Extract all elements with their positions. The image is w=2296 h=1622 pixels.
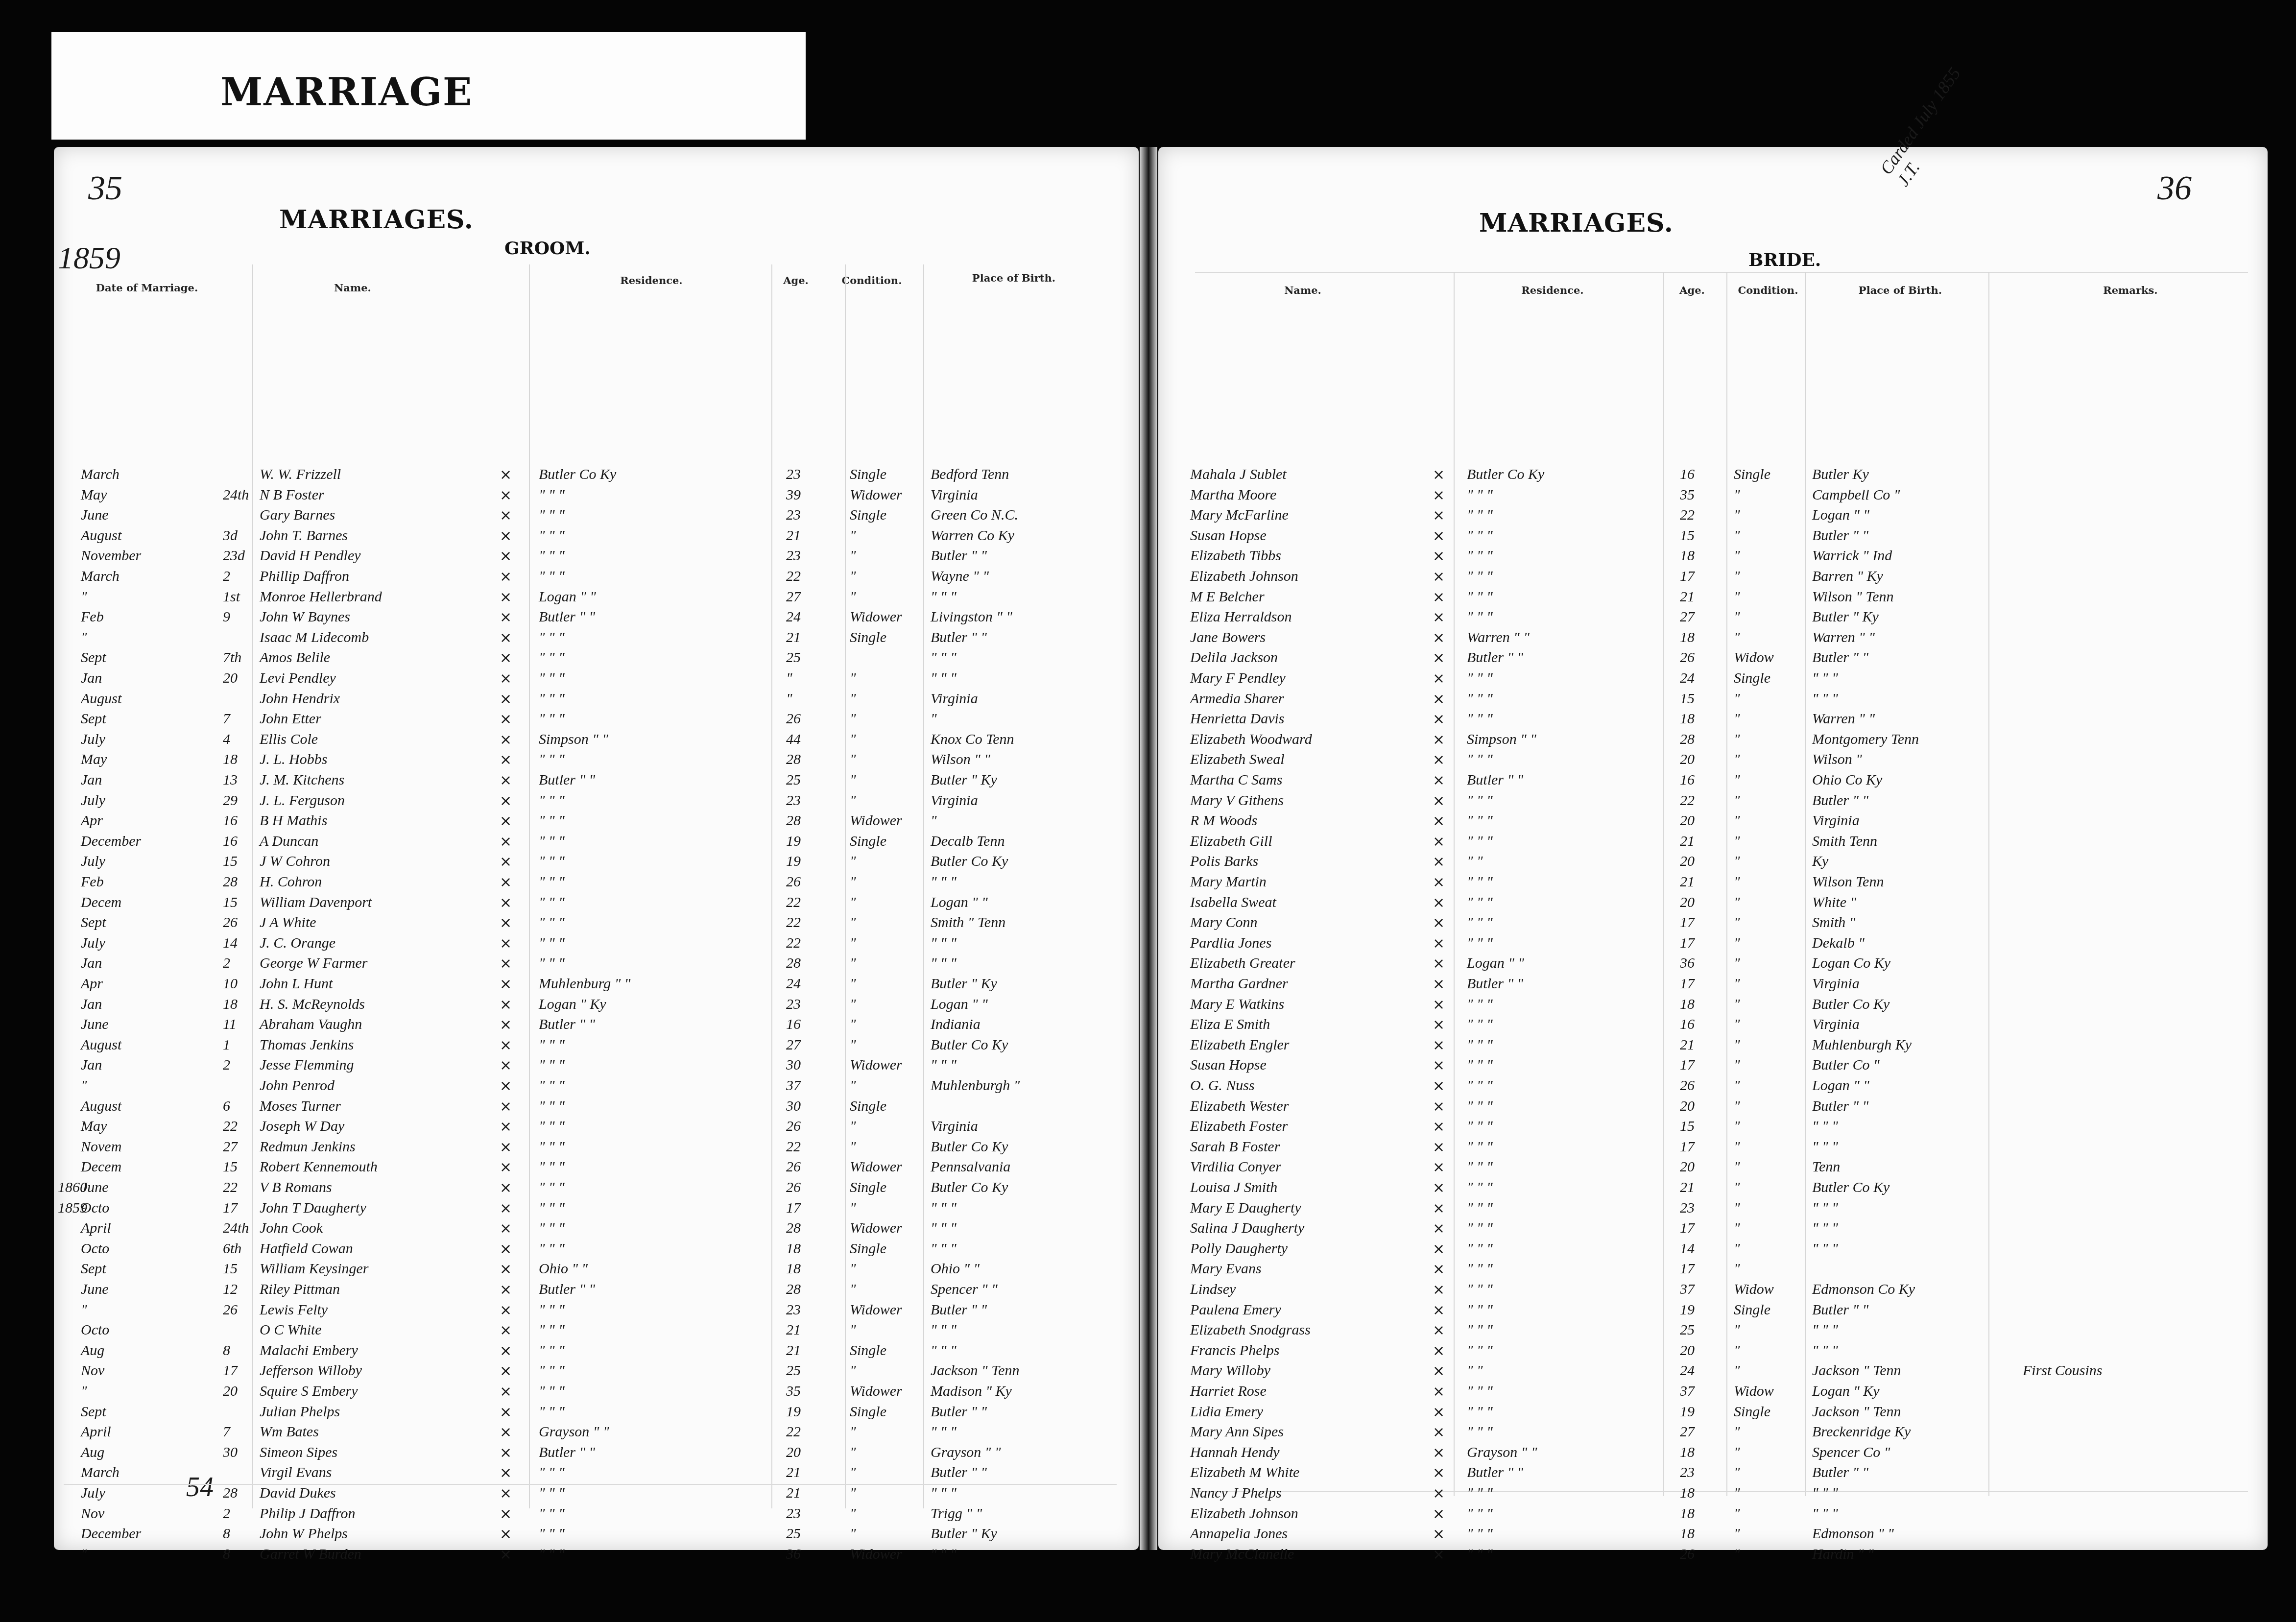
bride-name: Lidia Emery [1190,1404,1263,1420]
bride-mark: × [1433,609,1445,626]
bride-mark: × [1433,853,1445,870]
bride-name: Louisa J Smith [1190,1179,1277,1196]
bride-age: 18 [1680,629,1695,646]
bride-mark: × [1433,1362,1445,1380]
bride-age: 20 [1680,853,1695,870]
bride-condition: " [1734,589,1740,605]
bride-condition: " [1734,1077,1740,1094]
bride-row: Elizabeth Greater×Logan " "36"Logan Co K… [0,954,2296,974]
bride-row: Mary Conn×" " "17"Smith " [0,913,2296,933]
bride-age: 20 [1680,812,1695,829]
bride-row: Susan Hopse×" " "17"Butler Co " [0,1056,2296,1076]
bride-mark: × [1433,691,1445,708]
bride-residence: " " " [1467,1281,1493,1298]
bride-name: Armedia Sharer [1190,691,1284,707]
bride-condition: " [1734,1159,1740,1175]
bride-birthplace: Warren " " [1812,711,1875,727]
bride-birthplace: Ohio Co Ky [1812,772,1882,788]
bride-condition: " [1734,1200,1740,1216]
bride-age: 27 [1680,609,1695,625]
bride-name: Francis Phelps [1190,1342,1279,1359]
bride-row: Eliza Herraldson×" " "27"Butler " Ky [0,608,2296,628]
bride-name: Elizabeth Wester [1190,1098,1289,1115]
bride-birthplace: Butler " " [1812,527,1868,544]
bride-age: 15 [1680,1118,1695,1135]
bride-residence: Butler Co Ky [1467,466,1544,483]
bride-residence: " " " [1467,1220,1493,1237]
bride-row: Annapelia Jones×" " "18"Edmonson " " [0,1525,2296,1545]
bride-row: Mary McFarline×" " "22"Logan " " [0,506,2296,526]
bride-condition: " [1734,1016,1740,1033]
bride-residence: Simpson " " [1467,731,1536,748]
bride-row: Mary McClanelle×" " "26"Hardin " " [0,1545,2296,1565]
bride-row: R M Woods×" " "20"Virginia [0,811,2296,832]
bride-age: 21 [1680,833,1695,850]
bride-birthplace: Smith Tenn [1812,833,1877,850]
bride-condition: " [1734,792,1740,809]
bride-mark: × [1433,894,1445,911]
bride-residence: " " " [1467,1077,1493,1094]
collection-label-text: MARRIAGE [220,70,473,115]
bride-condition: " [1734,1322,1740,1338]
bride-birthplace: " " " [1812,1322,1838,1338]
left-folio-number: 35 [88,169,122,208]
bride-birthplace: Butler Co Ky [1812,996,1889,1013]
bride-age: 18 [1680,1485,1695,1502]
left-page-title: MARRIAGES. [279,205,474,235]
bride-name: Mary Willoby [1190,1362,1270,1379]
bride-condition: " [1734,874,1740,890]
bride-condition: " [1734,731,1740,748]
bride-residence: Logan " " [1467,955,1524,972]
bride-name: Martha Moore [1190,487,1276,503]
bride-name: Elizabeth Woodward [1190,731,1312,748]
bride-residence: Butler " " [1467,649,1523,666]
bride-mark: × [1433,1016,1445,1033]
col-bride-age: Age. [1663,284,1722,296]
bride-residence: " " " [1467,1505,1493,1522]
bride-condition: Widow [1734,1281,1774,1298]
bride-condition: Single [1734,1302,1770,1318]
bride-row: Isabella Sweat×" " "20"White " [0,893,2296,913]
bride-row: Eliza E Smith×" " "16"Virginia [0,1015,2296,1035]
bride-age: 23 [1680,1200,1695,1216]
bride-mark: × [1433,976,1445,993]
col-bride-name: Name. [1224,284,1381,296]
col-remarks: Remarks. [2057,284,2204,296]
bride-name: Polly Daugherty [1190,1240,1288,1257]
bride-row: M E Belcher×" " "21"Wilson " Tenn [0,588,2296,608]
bride-birthplace: Logan " Ky [1812,1383,1880,1400]
bride-mark: × [1433,792,1445,810]
bride-name: Mary McClanelle [1190,1546,1294,1563]
right-page-title: MARRIAGES. [1479,208,1674,238]
bride-condition: " [1734,1485,1740,1502]
bride-row: Jane Bowers×Warren " "18"Warren " " [0,628,2296,648]
bride-mark: × [1433,955,1445,972]
bride-residence: " " [1467,853,1483,870]
bride-residence: " " " [1467,792,1493,809]
bride-age: 18 [1680,711,1695,727]
bride-mark: × [1433,1404,1445,1421]
bride-name: R M Woods [1190,812,1257,829]
bride-condition: " [1734,1179,1740,1196]
bride-mark: × [1433,548,1445,565]
bride-name: Elizabeth Snodgrass [1190,1322,1311,1338]
bride-row: Mary Willoby×" "24"Jackson " TennFirst C… [0,1361,2296,1382]
bride-age: 16 [1680,1016,1695,1033]
bride-row: Elizabeth Johnson×" " "17"Barren " Ky [0,567,2296,587]
bride-section-heading: BRIDE. [1748,250,1821,270]
bride-age: 21 [1680,589,1695,605]
bride-mark: × [1433,1220,1445,1237]
bride-residence: " " " [1467,1485,1493,1502]
bride-condition: " [1734,955,1740,972]
bride-row: Martha C Sams×Butler " "16"Ohio Co Ky [0,771,2296,791]
bride-mark: × [1433,629,1445,646]
bride-name: Elizabeth M White [1190,1464,1299,1481]
bride-age: 17 [1680,1057,1695,1073]
bride-mark: × [1433,1342,1445,1360]
bride-age: 37 [1680,1383,1695,1400]
bride-name: Mary E Watkins [1190,996,1284,1013]
bride-row: Martha Gardner×Butler " "17"Virginia [0,975,2296,995]
bride-row: Mary E Daugherty×" " "23"" " " [0,1199,2296,1219]
bride-name: Elizabeth Sweal [1190,751,1284,768]
bride-name: Hannah Hendy [1190,1444,1279,1461]
bride-mark: × [1433,1322,1445,1339]
bride-birthplace: Logan " " [1812,507,1869,524]
bride-row: Harriet Rose×" " "37WidowLogan " Ky [0,1382,2296,1402]
bride-residence: " " " [1467,914,1493,931]
bride-row: Delila Jackson×Butler " "26WidowButler "… [0,648,2296,668]
bride-mark: × [1433,1281,1445,1298]
bride-condition: " [1734,751,1740,768]
bride-condition: " [1734,609,1740,625]
bride-name: Mahala J Sublet [1190,466,1287,483]
bride-mark: × [1433,1159,1445,1176]
bride-birthplace: Hardin " " [1812,1546,1874,1563]
bride-mark: × [1433,1077,1445,1095]
bride-row: Virdilia Conyer×" " "20"Tenn [0,1158,2296,1178]
bride-row: Hannah Hendy×Grayson " "18"Spencer Co " [0,1443,2296,1463]
bride-row: Mary V Githens×" " "22"Butler " " [0,791,2296,811]
bride-birthplace: Butler " " [1812,1302,1868,1318]
bride-row: Sarah B Foster×" " "17"" " " [0,1138,2296,1158]
bride-name: Susan Hopse [1190,1057,1267,1073]
bride-mark: × [1433,1057,1445,1074]
bride-condition: " [1734,935,1740,952]
bride-birthplace: Montgomery Tenn [1812,731,1919,748]
bride-mark: × [1433,772,1445,789]
bride-condition: " [1734,487,1740,503]
bride-name: Polis Barks [1190,853,1258,870]
bride-name: Virdilia Conyer [1190,1159,1281,1175]
bride-residence: " " " [1467,691,1493,707]
bride-row: Lindsey×" " "37WidowEdmonson Co Ky [0,1280,2296,1300]
bride-age: 27 [1680,1424,1695,1440]
bride-name: Martha Gardner [1190,976,1288,992]
bride-name: Sarah B Foster [1190,1139,1280,1155]
bride-condition: " [1734,568,1740,585]
bride-condition: " [1734,853,1740,870]
bride-condition: " [1734,976,1740,992]
bride-residence: " " " [1467,1057,1493,1073]
bride-residence: " " " [1467,894,1493,911]
bride-remarks: First Cousins [2023,1362,2103,1379]
bride-mark: × [1433,1240,1445,1258]
bride-row: Polis Barks×" "20"Ky [0,852,2296,872]
bride-row: Elizabeth Sweal×" " "20"Wilson " [0,750,2296,770]
bride-birthplace: Barren " Ky [1812,568,1883,585]
bride-age: 24 [1680,670,1695,687]
bride-mark: × [1433,589,1445,606]
bride-birthplace: Butler " " [1812,792,1868,809]
bride-mark: × [1433,1139,1445,1156]
bride-residence: " " " [1467,1200,1493,1216]
bride-age: 17 [1680,1261,1695,1277]
bride-row: Louisa J Smith×" " "21"Butler Co Ky [0,1178,2296,1198]
bride-name: Nancy J Phelps [1190,1485,1282,1502]
bride-name: Susan Hopse [1190,527,1267,544]
bride-row: Susan Hopse×" " "15"Butler " " [0,526,2296,547]
bride-row: Polly Daugherty×" " "14"" " " [0,1240,2296,1260]
bride-residence: " " " [1467,1098,1493,1115]
bride-residence: " " " [1467,812,1493,829]
bride-birthplace: Edmonson Co Ky [1812,1281,1915,1298]
bride-residence: " " " [1467,1302,1493,1318]
bride-birthplace: Butler Ky [1812,466,1869,483]
bride-condition: " [1734,1362,1740,1379]
bride-residence: " " " [1467,548,1493,564]
bride-mark: × [1433,812,1445,830]
bride-name: Eliza E Smith [1190,1016,1270,1033]
bride-row: Elizabeth Wester×" " "20"Butler " " [0,1097,2296,1117]
bride-birthplace: " " " [1812,1200,1838,1216]
bride-age: 17 [1680,568,1695,585]
bride-birthplace: Muhlenburgh Ky [1812,1037,1912,1053]
bride-name: Mary McFarline [1190,507,1289,524]
bride-row: Elizabeth Snodgrass×" " "25"" " " [0,1321,2296,1341]
bride-residence: " " " [1467,751,1493,768]
bride-residence: " " " [1467,711,1493,727]
bride-birthplace: Smith " [1812,914,1855,931]
bride-mark: × [1433,1261,1445,1278]
bride-age: 18 [1680,548,1695,564]
bride-birthplace: Butler " " [1812,649,1868,666]
bride-mark: × [1433,487,1445,504]
header-rule [1195,272,2248,273]
bride-row: Francis Phelps×" " "20"" " " [0,1341,2296,1361]
col-groom-place-of-birth: Place of Birth. [921,272,1107,284]
bride-condition: " [1734,1546,1740,1563]
bride-condition: Single [1734,1404,1770,1420]
bride-name: Mary Martin [1190,874,1267,890]
bride-row: Elizabeth M White×Butler " "23"Butler " … [0,1463,2296,1483]
bride-row: Elizabeth Foster×" " "15"" " " [0,1117,2296,1137]
bride-residence: " " " [1467,1342,1493,1359]
bride-mark: × [1433,833,1445,850]
bride-row: Mary Evans×" " "17" [0,1260,2296,1280]
bride-name: Isabella Sweat [1190,894,1276,911]
bride-birthplace: Wilson Tenn [1812,874,1884,890]
bride-row: O. G. Nuss×" " "26"Logan " " [0,1076,2296,1097]
bride-row: Elizabeth Tibbs×" " "18"Warrick " Ind [0,547,2296,567]
bride-row: Henrietta Davis×" " "18"Warren " " [0,710,2296,730]
bride-name: Elizabeth Gill [1190,833,1272,850]
bride-mark: × [1433,751,1445,768]
bride-age: 23 [1680,1464,1695,1481]
col-bride-condition: Condition. [1729,284,1807,296]
bride-mark: × [1433,1200,1445,1217]
groom-section-heading: GROOM. [504,238,591,259]
bride-condition: " [1734,1464,1740,1481]
bride-residence: " " " [1467,1546,1493,1563]
bride-residence: Butler " " [1467,976,1523,992]
bride-row: Elizabeth Johnson×" " "18"" " " [0,1504,2296,1525]
collection-label: MARRIAGE [51,32,806,140]
bride-birthplace: Campbell Co " [1812,487,1900,503]
bride-condition: " [1734,772,1740,788]
bride-mark: × [1433,1037,1445,1054]
bride-age: 28 [1680,731,1695,748]
bride-residence: " " " [1467,1159,1493,1175]
bride-mark: × [1433,1098,1445,1115]
bride-birthplace: Virginia [1812,1016,1860,1033]
bride-name: Mary V Githens [1190,792,1284,809]
bride-birthplace: Edmonson " " [1812,1526,1894,1542]
bride-age: 17 [1680,935,1695,952]
bride-residence: " " " [1467,1139,1493,1155]
bride-age: 21 [1680,874,1695,890]
bride-row: Pardlia Jones×" " "17"Dekalb " [0,934,2296,954]
bride-birthplace: Dekalb " [1812,935,1865,952]
bride-mark: × [1433,1464,1445,1481]
bride-mark: × [1433,935,1445,952]
bride-mark: × [1433,527,1445,545]
bride-name: Elizabeth Johnson [1190,1505,1298,1522]
bride-mark: × [1433,1444,1445,1461]
bride-mark: × [1433,1302,1445,1319]
bride-condition: " [1734,1118,1740,1135]
bride-birthplace: Virginia [1812,812,1860,829]
bride-age: 26 [1680,1546,1695,1563]
bride-name: Mary Ann Sipes [1190,1424,1284,1440]
bride-age: 17 [1680,976,1695,992]
bride-mark: × [1433,466,1445,483]
bride-name: Lindsey [1190,1281,1236,1298]
bride-birthplace: Tenn [1812,1159,1840,1175]
bride-condition: Single [1734,466,1770,483]
bride-birthplace: " " " [1812,670,1838,687]
col-groom-condition: Condition. [833,274,911,286]
bride-residence: " " " [1467,935,1493,952]
bride-row: Mary E Watkins×" " "18"Butler Co Ky [0,995,2296,1015]
bride-name: Delila Jackson [1190,649,1278,666]
bride-condition: " [1734,629,1740,646]
bride-mark: × [1433,1383,1445,1400]
bride-age: 18 [1680,1444,1695,1461]
bride-birthplace: Wilson " [1812,751,1862,768]
bride-row: Elizabeth Engler×" " "21"Muhlenburgh Ky [0,1036,2296,1056]
bride-birthplace: Wilson " Tenn [1812,589,1894,605]
bride-birthplace: Breckenridge Ky [1812,1424,1911,1440]
bride-condition: " [1734,1424,1740,1440]
bride-birthplace: Warrick " Ind [1812,548,1892,564]
bride-age: 20 [1680,751,1695,768]
bride-residence: Grayson " " [1467,1444,1537,1461]
bride-residence: " " " [1467,609,1493,625]
bride-residence: " " " [1467,1322,1493,1338]
bride-condition: " [1734,548,1740,564]
bride-age: 36 [1680,955,1695,972]
bride-age: 19 [1680,1302,1695,1318]
bride-birthplace: Butler Co " [1812,1057,1880,1073]
bride-name: Annapelia Jones [1190,1526,1288,1542]
bride-age: 20 [1680,1342,1695,1359]
bride-residence: " " " [1467,1179,1493,1196]
bride-age: 20 [1680,894,1695,911]
bride-condition: " [1734,711,1740,727]
bride-name: Elizabeth Engler [1190,1037,1289,1053]
bride-row: Nancy J Phelps×" " "18"" " " [0,1484,2296,1504]
bride-condition: " [1734,1240,1740,1257]
bride-mark: × [1433,731,1445,748]
bride-age: 16 [1680,772,1695,788]
bride-age: 18 [1680,996,1695,1013]
bride-mark: × [1433,1118,1445,1135]
bride-age: 15 [1680,527,1695,544]
bride-residence: " " " [1467,874,1493,890]
bride-birthplace: Virginia [1812,976,1860,992]
bride-birthplace: Logan " " [1812,1077,1869,1094]
bride-age: 17 [1680,1220,1695,1237]
bride-age: 25 [1680,1322,1695,1338]
bride-mark: × [1433,670,1445,687]
bride-mark: × [1433,996,1445,1013]
bride-mark: × [1433,1179,1445,1196]
bride-birthplace: Logan Co Ky [1812,955,1890,972]
bride-age: 20 [1680,1098,1695,1115]
bride-residence: " " " [1467,1118,1493,1135]
bride-name: M E Belcher [1190,589,1265,605]
bride-mark: × [1433,874,1445,891]
bride-row: Elizabeth Gill×" " "21"Smith Tenn [0,832,2296,852]
bride-condition: " [1734,527,1740,544]
bride-row: Mahala J Sublet×Butler Co Ky16SingleButl… [0,465,2296,485]
col-date-of-marriage: Date of Marriage. [73,282,220,294]
bride-condition: " [1734,1057,1740,1073]
bride-condition: " [1734,914,1740,931]
bride-age: 22 [1680,792,1695,809]
bride-birthplace: Butler Co Ky [1812,1179,1889,1196]
col-bride-residence: Residence. [1459,284,1646,296]
bride-name: Elizabeth Foster [1190,1118,1288,1135]
bride-condition: " [1734,996,1740,1013]
bride-residence: " " " [1467,527,1493,544]
bride-name: Henrietta Davis [1190,711,1284,727]
bride-row: Martha Moore×" " "35"Campbell Co " [0,486,2296,506]
bride-residence: " " " [1467,996,1493,1013]
bride-age: 17 [1680,1139,1695,1155]
bride-birthplace: Warren " " [1812,629,1875,646]
bride-mark: × [1433,649,1445,667]
bride-condition: " [1734,812,1740,829]
bride-name: Mary Conn [1190,914,1258,931]
bride-birthplace: " " " [1812,1240,1838,1257]
bride-condition: " [1734,1037,1740,1053]
bride-name: Mary E Daugherty [1190,1200,1301,1216]
